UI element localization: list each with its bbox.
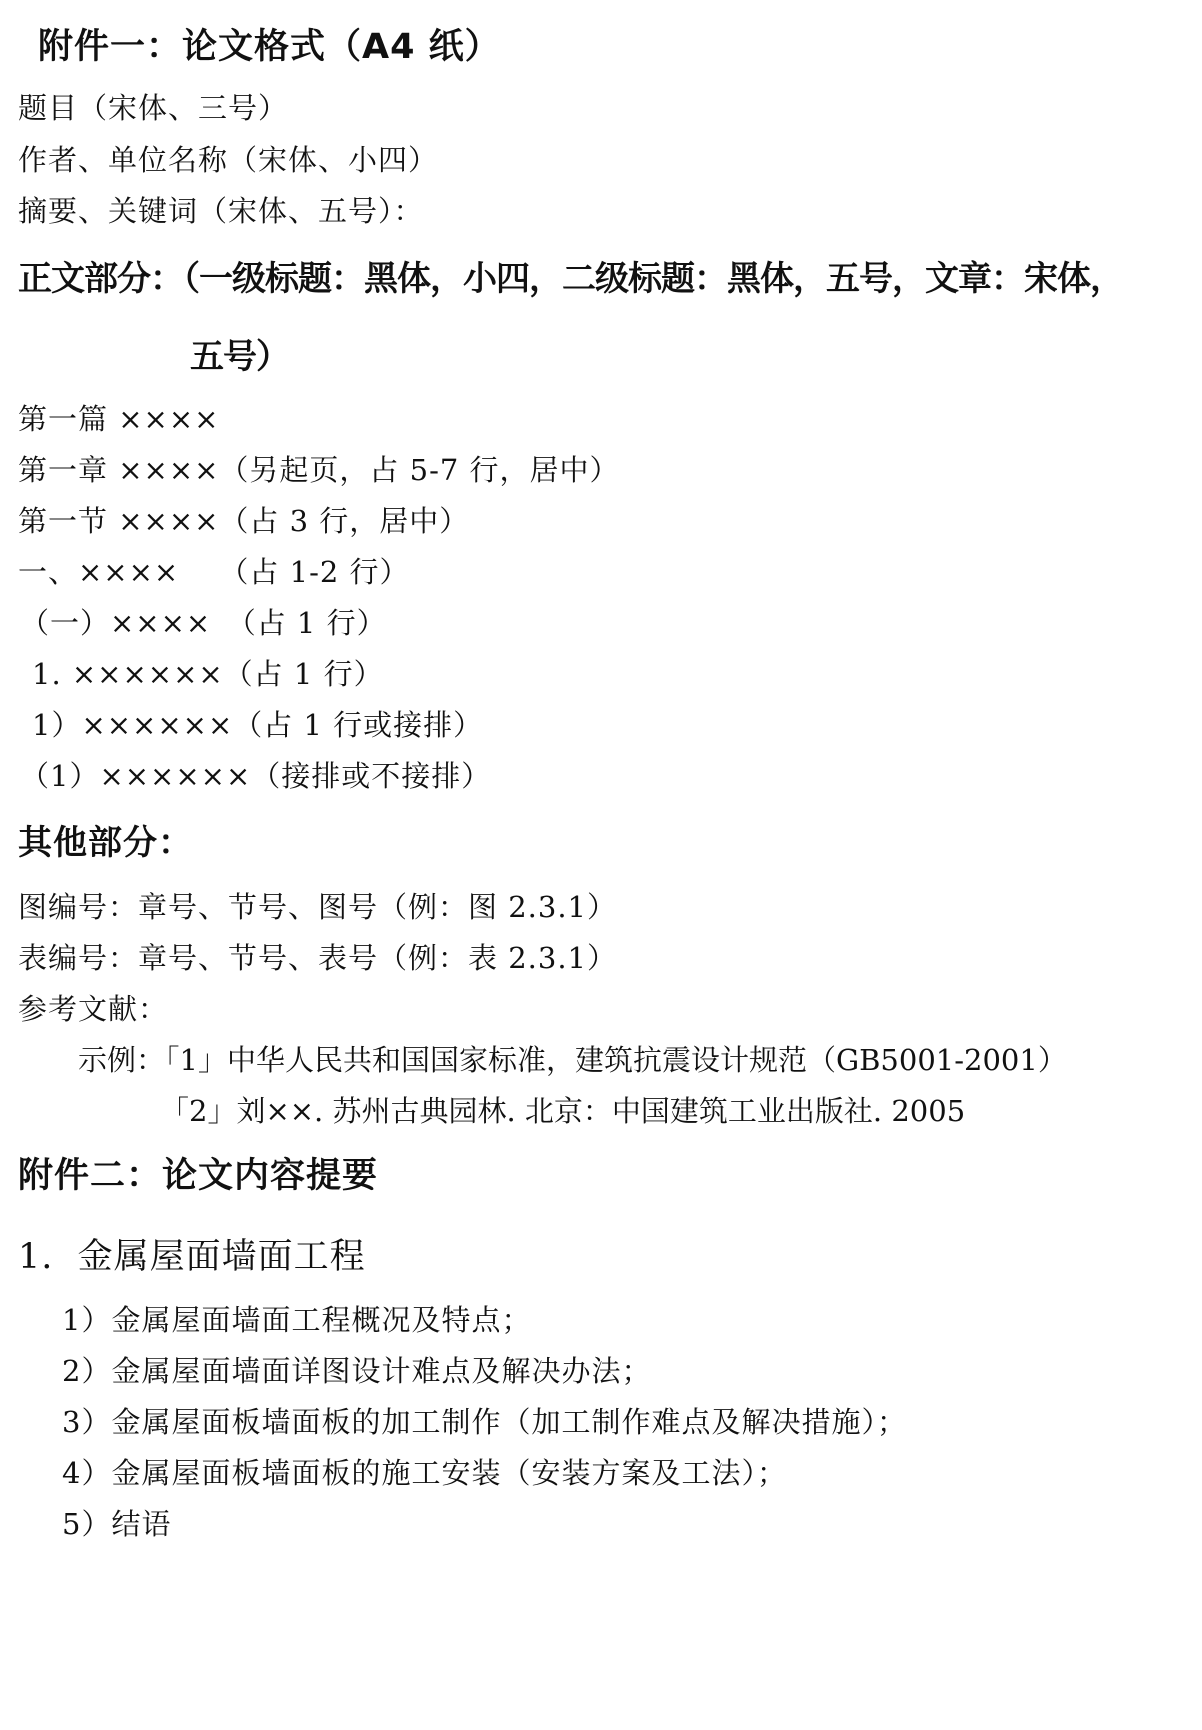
body-section-heading-line1: 正文部分：（一级标题：黑体，小四，二级标题：黑体，五号，文章：宋体， [18, 262, 1123, 296]
level-item-arabic-dot: 1. ××××××（占 1 行） [32, 660, 384, 689]
reference-example-2: 「2」刘××. 苏州古典园林. 北京：中国建筑工业出版社. 2005 [160, 1097, 965, 1126]
topic-item-1: 1）金属屋面墙面工程概况及特点； [62, 1306, 531, 1335]
level-chapter: 第一章 ××××（另起页，占 5-7 行，居中） [18, 456, 620, 485]
topic-heading: 1. 金属屋面墙面工程 [18, 1240, 366, 1275]
level-section: 第一节 ××××（占 3 行，居中） [18, 507, 469, 536]
appendix2-title: 附件二：论文内容提要 [18, 1158, 378, 1193]
topic-item-4: 4）金属屋面板墙面板的施工安装（安装方案及工法）； [62, 1459, 787, 1488]
level-item-arabic-full-paren: （1）××××××（接排或不接排） [20, 762, 491, 791]
level-item-arabic-paren: 1）××××××（占 1 行或接排） [32, 711, 483, 740]
table-numbering-rule: 表编号：章号、节号、表号（例：表 2.3.1） [18, 944, 617, 973]
level-item-chinese-numeral: 一、×××× （占 1-2 行） [18, 558, 410, 587]
front-matter-abstract-spec: 摘要、关键词（宋体、五号）： [18, 197, 424, 226]
topic-item-2: 2）金属屋面墙面详图设计难点及解决办法； [62, 1357, 651, 1386]
references-label: 参考文献： [18, 995, 168, 1024]
figure-numbering-rule: 图编号：章号、节号、图号（例：图 2.3.1） [18, 893, 617, 922]
other-section-heading: 其他部分： [18, 826, 193, 860]
body-section-heading-line2: 五号） [190, 340, 289, 374]
level-part: 第一篇 ×××× [18, 405, 219, 434]
front-matter-author-spec: 作者、单位名称（宋体、小四） [18, 146, 438, 175]
topic-item-3: 3）金属屋面板墙面板的加工制作（加工制作难点及解决措施）； [62, 1408, 907, 1437]
level-item-parenthesized-numeral: （一）×××× （占 1 行） [20, 609, 387, 638]
topic-item-5: 5）结语 [62, 1510, 171, 1539]
appendix1-title: 附件一：论文格式（A4 纸） [38, 30, 501, 65]
front-matter-title-spec: 题目（宋体、三号） [18, 94, 288, 123]
reference-example-1: 示例：「1」中华人民共和国国家标准，建筑抗震设计规范（GB5001-2001） [78, 1046, 1067, 1075]
